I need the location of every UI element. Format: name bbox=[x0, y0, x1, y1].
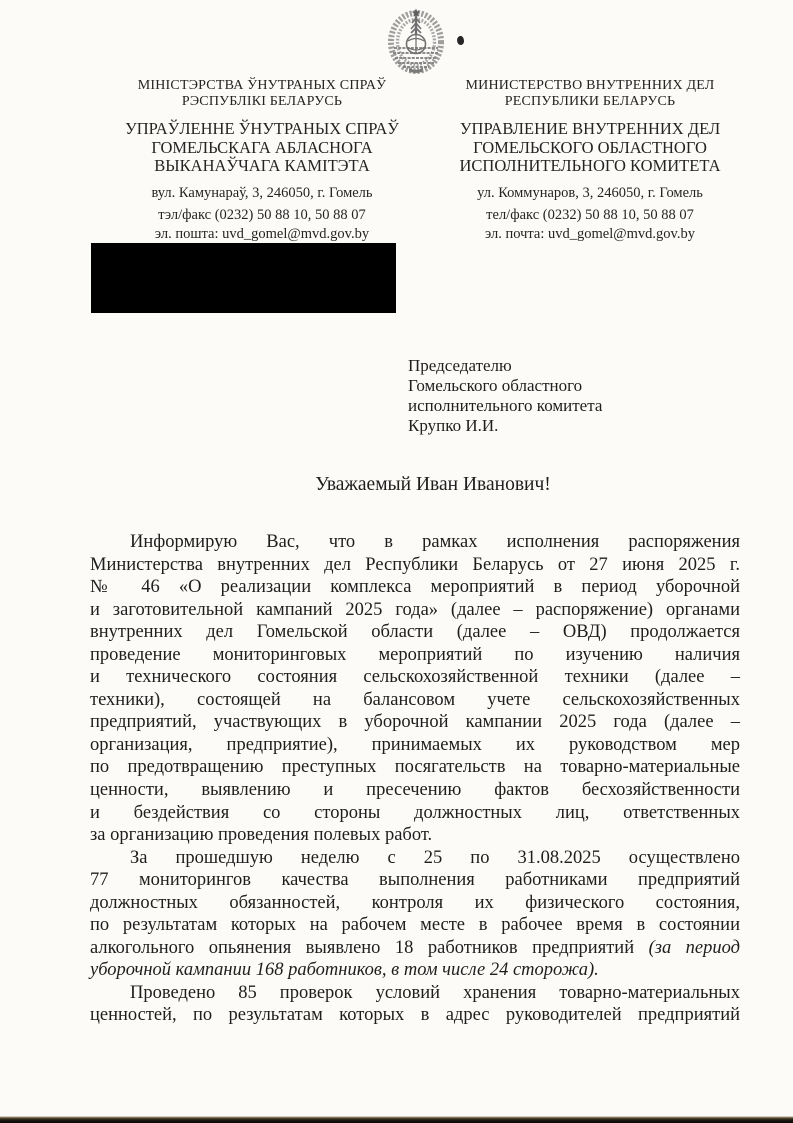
body-line: по результатам которых на рабочем месте … bbox=[90, 914, 740, 937]
ministry-name-by-line1: МІНІСТЭРСТВА ЎНУТРАНЫХ СПРАЎ bbox=[102, 78, 422, 94]
letterhead-right-column: МИНИСТЕРСТВО ВНУТРЕННИХ ДЕЛ РЕСПУБЛИКИ Б… bbox=[432, 78, 748, 242]
body-line: техники), состоящей на балансовом учете … bbox=[90, 689, 740, 712]
body-line: Информирую Вас, что в рамках исполнения … bbox=[90, 531, 740, 554]
body-line: проведение мониторинговых мероприятий по… bbox=[90, 644, 740, 667]
body-line: ценности, выявлению и пресечению фактов … bbox=[90, 779, 740, 802]
coat-of-arms-icon bbox=[382, 8, 450, 74]
department-name-by-line2: ГОМЕЛЬСКАГА АБЛАСНОГА bbox=[102, 139, 422, 158]
department-name-ru-line3: ИСПОЛНИТЕЛЬНОГО КОМИТЕТА bbox=[432, 157, 748, 176]
department-name-by-line1: УПРАЎЛЕННЕ ЎНУТРАНЫХ СПРАЎ bbox=[102, 120, 422, 139]
body-line: 77 мониторингов качества выполнения рабо… bbox=[90, 869, 740, 892]
body-line: алкогольного опьянения выявлено 18 работ… bbox=[90, 937, 740, 960]
body-line: по предотвращению преступных посягательс… bbox=[90, 756, 740, 779]
belarus-coat-of-arms-emblem bbox=[382, 8, 450, 79]
body-line: предприятий, участвующих в уборочной кам… bbox=[90, 711, 740, 734]
redaction-block bbox=[91, 243, 396, 313]
department-name-ru-line1: УПРАВЛЕНИЕ ВНУТРЕННИХ ДЕЛ bbox=[432, 120, 748, 139]
department-name-ru-line2: ГОМЕЛЬСКОГО ОБЛАСТНОГО bbox=[432, 139, 748, 158]
body-line: и бездействия со стороны должностных лиц… bbox=[90, 802, 740, 825]
email-by: эл. пошта: uvd_gomel@mvd.gov.by bbox=[102, 226, 422, 242]
phone-fax-ru: тел/факс (0232) 50 88 10, 50 88 07 bbox=[432, 207, 748, 223]
letter-body: Информирую Вас, что в рамках исполнения … bbox=[90, 531, 740, 1027]
body-line: внутренних дел Гомельской области (далее… bbox=[90, 621, 740, 644]
ministry-name-ru-line1: МИНИСТЕРСТВО ВНУТРЕННИХ ДЕЛ bbox=[432, 78, 748, 94]
letterhead-left-column: МІНІСТЭРСТВА ЎНУТРАНЫХ СПРАЎ РЭСПУБЛІКІ … bbox=[102, 78, 422, 242]
body-line-normal-part: алкогольного опьянения выявлено 18 работ… bbox=[90, 938, 649, 958]
body-line: организация, предприятие), принимаемых и… bbox=[90, 734, 740, 757]
body-line: Проведено 85 проверок условий хранения т… bbox=[90, 982, 740, 1005]
ink-speck bbox=[456, 35, 465, 46]
postal-address-by: вул. Камунараў, 3, 246050, г. Гомель bbox=[102, 185, 422, 201]
addressee-org-line2: исполнительного комитета bbox=[408, 396, 602, 416]
body-line: за организацию проведения полевых работ. bbox=[90, 824, 740, 847]
body-line: должностных обязанностей, контроля их фи… bbox=[90, 892, 740, 915]
body-line: и заготовительной кампаний 2025 года» (д… bbox=[90, 599, 740, 622]
ministry-name-by-line2: РЭСПУБЛІКІ БЕЛАРУСЬ bbox=[102, 94, 422, 110]
body-line: и технического состояния сельскохозяйств… bbox=[90, 666, 740, 689]
postal-address-ru: ул. Коммунаров, 3, 246050, г. Гомель bbox=[432, 185, 748, 201]
scan-bottom-edge bbox=[0, 1116, 793, 1123]
email-ru: эл. почта: uvd_gomel@mvd.gov.by bbox=[432, 226, 748, 242]
scanned-letter-page: МІНІСТЭРСТВА ЎНУТРАНЫХ СПРАЎ РЭСПУБЛІКІ … bbox=[0, 0, 793, 1123]
addressee-name: Крупко И.И. bbox=[408, 416, 602, 436]
department-name-by-line3: ВЫКАНАЎЧАГА КАМІТЭТА bbox=[102, 157, 422, 176]
body-line: Министерства внутренних дел Республики Б… bbox=[90, 554, 740, 577]
ministry-name-ru-line2: РЕСПУБЛИКИ БЕЛАРУСЬ bbox=[432, 94, 748, 110]
body-line: № 46 «О реализации комплекса мероприятий… bbox=[90, 576, 740, 599]
salutation: Уважаемый Иван Иванович! bbox=[90, 474, 740, 496]
body-line: За прошедшую неделю с 25 по 31.08.2025 о… bbox=[90, 847, 740, 870]
body-line: ценностей, по результатам которых в адре… bbox=[90, 1004, 740, 1027]
addressee-block: Председателю Гомельского областного испо… bbox=[408, 356, 602, 436]
addressee-title: Председателю bbox=[408, 356, 602, 376]
addressee-org-line1: Гомельского областного bbox=[408, 376, 602, 396]
body-line: уборочной кампании 168 работников, в том… bbox=[90, 959, 740, 982]
body-line-italic-part: (за период bbox=[649, 938, 740, 958]
phone-fax-by: тэл/факс (0232) 50 88 10, 50 88 07 bbox=[102, 207, 422, 223]
